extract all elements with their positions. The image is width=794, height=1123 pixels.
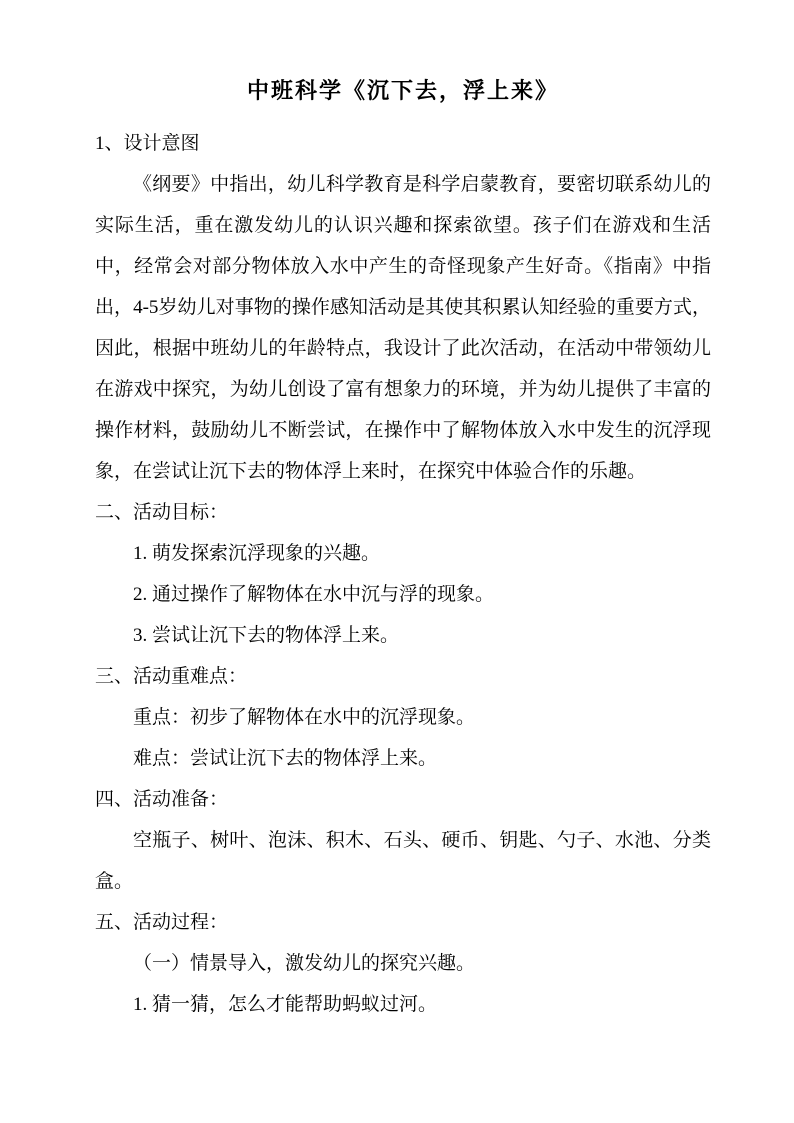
goal-item-3: 3. 尝试让沉下去的物体浮上来。 bbox=[95, 615, 711, 656]
document-title: 中班科学《沉下去，浮上来》 bbox=[95, 75, 711, 106]
goal-item-1: 1. 萌发探索沉浮现象的兴趣。 bbox=[95, 533, 711, 574]
process-step-guess: 1. 猜一猜，怎么才能帮助蚂蚁过河。 bbox=[95, 984, 711, 1025]
design-intent-paragraph: 《纲要》中指出，幼儿科学教育是科学启蒙教育，要密切联系幼儿的实际生活，重在激发幼… bbox=[95, 164, 711, 492]
section-heading-process: 五、活动过程： bbox=[95, 902, 711, 943]
document-page: 中班科学《沉下去，浮上来》 1、设计意图 《纲要》中指出，幼儿科学教育是科学启蒙… bbox=[0, 0, 794, 1123]
section-heading-goals: 二、活动目标： bbox=[95, 492, 711, 533]
process-step-intro: （一）情景导入，激发幼儿的探究兴趣。 bbox=[95, 943, 711, 984]
section-heading-design-intent: 1、设计意图 bbox=[95, 123, 711, 164]
section-heading-key-points: 三、活动重难点： bbox=[95, 656, 711, 697]
goal-item-2: 2. 通过操作了解物体在水中沉与浮的现象。 bbox=[95, 574, 711, 615]
document-content: 中班科学《沉下去，浮上来》 1、设计意图 《纲要》中指出，幼儿科学教育是科学启蒙… bbox=[95, 75, 711, 1025]
preparation-paragraph: 空瓶子、树叶、泡沫、积木、石头、硬币、钥匙、勺子、水池、分类盒。 bbox=[95, 820, 711, 902]
key-point-item: 重点：初步了解物体在水中的沉浮现象。 bbox=[95, 697, 711, 738]
section-heading-preparation: 四、活动准备： bbox=[95, 779, 711, 820]
difficult-point-item: 难点：尝试让沉下去的物体浮上来。 bbox=[95, 738, 711, 779]
